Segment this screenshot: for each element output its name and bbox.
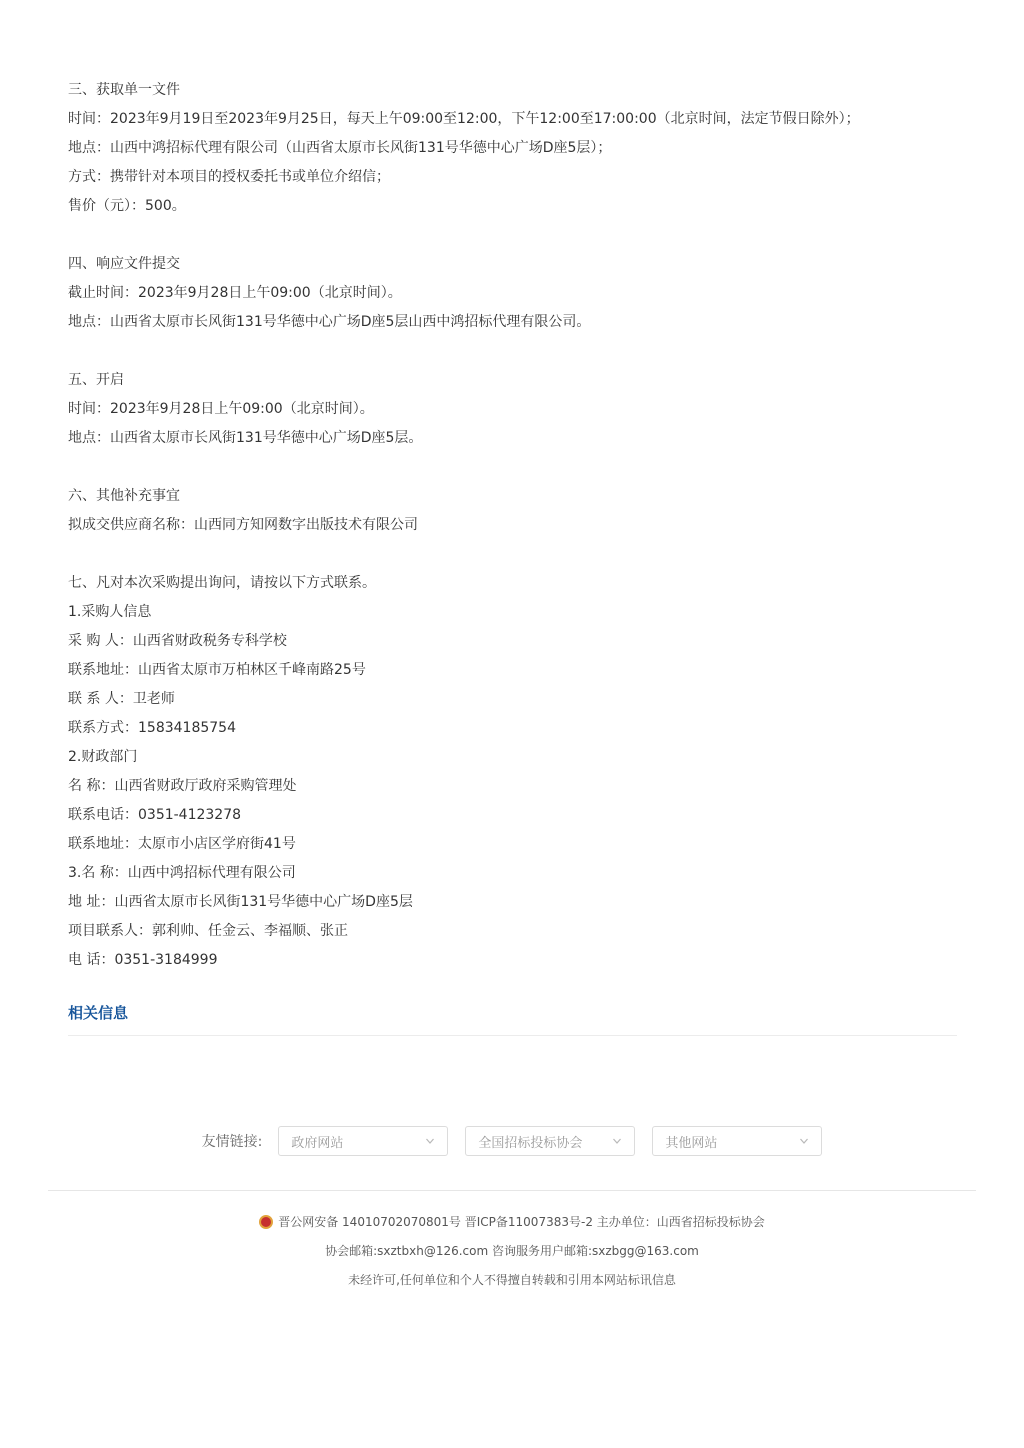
public-security-badge-icon bbox=[259, 1215, 273, 1229]
notice-line: 1.采购人信息 bbox=[68, 598, 957, 627]
footer-email-line: 协会邮箱:sxztbxh@126.com 咨询服务用户邮箱:sxzbgg@163… bbox=[48, 1237, 976, 1266]
content-divider bbox=[68, 1035, 957, 1036]
select-value: 政府网站 bbox=[291, 1132, 343, 1151]
chevron-down-icon bbox=[612, 1136, 622, 1146]
friend-links-label: 友情链接: bbox=[202, 1131, 263, 1151]
notice-line: 售价（元）：500。 bbox=[68, 192, 957, 221]
friend-links-select-association[interactable]: 全国招标投标协会 bbox=[465, 1126, 635, 1156]
chevron-down-icon bbox=[799, 1136, 809, 1146]
notice-line: 地点：山西省太原市长风街131号华德中心广场D座5层山西中鸿招标代理有限公司。 bbox=[68, 308, 957, 337]
friend-links-select-other[interactable]: 其他网站 bbox=[652, 1126, 822, 1156]
notice-line: 地点：山西中鸿招标代理有限公司（山西省太原市长风街131号华德中心广场D座5层）… bbox=[68, 134, 957, 163]
section-heading: 五、开启 bbox=[68, 366, 957, 395]
notice-line: 联系地址：山西省太原市万柏林区千峰南路25号 bbox=[68, 656, 957, 685]
footer-beian-text: 晋公网安备 14010702070801号 晋ICP备11007383号-2 主… bbox=[278, 1215, 765, 1229]
notice-line: 项目联系人：郭利帅、任金云、李福顺、张正 bbox=[68, 917, 957, 946]
section-heading: 四、响应文件提交 bbox=[68, 250, 957, 279]
chevron-down-icon bbox=[425, 1136, 435, 1146]
section-heading: 三、获取单一文件 bbox=[68, 76, 957, 105]
related-info-title: 相关信息 bbox=[68, 1002, 957, 1024]
related-info-section: 相关信息 bbox=[68, 1002, 957, 1036]
footer-copyright-line: 未经许可,任何单位和个人不得擅自转载和引用本网站标讯信息 bbox=[48, 1266, 976, 1295]
notice-section-contacts: 七、凡对本次采购提出询问，请按以下方式联系。 1.采购人信息 采 购 人：山西省… bbox=[68, 569, 957, 975]
notice-line: 联系电话：0351-4123278 bbox=[68, 801, 957, 830]
notice-line: 联系地址：太原市小店区学府街41号 bbox=[68, 830, 957, 859]
notice-body: 三、获取单一文件 时间：2023年9月19日至2023年9月25日，每天上午09… bbox=[0, 0, 957, 1036]
footer-beian-line: 晋公网安备 14010702070801号 晋ICP备11007383号-2 主… bbox=[48, 1208, 976, 1237]
notice-line: 采 购 人：山西省财政税务专科学校 bbox=[68, 627, 957, 656]
friend-links-bar: 友情链接: 政府网站 全国招标投标协会 其他网站 bbox=[0, 1126, 1024, 1156]
section-heading: 七、凡对本次采购提出询问，请按以下方式联系。 bbox=[68, 569, 957, 598]
notice-line: 电 话：0351-3184999 bbox=[68, 946, 957, 975]
notice-line: 方式：携带针对本项目的授权委托书或单位介绍信； bbox=[68, 163, 957, 192]
notice-section-obtain-document: 三、获取单一文件 时间：2023年9月19日至2023年9月25日，每天上午09… bbox=[68, 76, 957, 221]
notice-line: 联系方式：15834185754 bbox=[68, 714, 957, 743]
notice-line: 名 称：山西省财政厅政府采购管理处 bbox=[68, 772, 957, 801]
friend-links-select-government[interactable]: 政府网站 bbox=[278, 1126, 448, 1156]
notice-line: 地 址：山西省太原市长风街131号华德中心广场D座5层 bbox=[68, 888, 957, 917]
page-footer: 晋公网安备 14010702070801号 晋ICP备11007383号-2 主… bbox=[48, 1190, 976, 1305]
select-value: 全国招标投标协会 bbox=[478, 1132, 582, 1151]
notice-line: 2.财政部门 bbox=[68, 743, 957, 772]
notice-line: 截止时间：2023年9月28日上午09:00（北京时间）。 bbox=[68, 279, 957, 308]
select-value: 其他网站 bbox=[665, 1132, 717, 1151]
notice-line: 时间：2023年9月19日至2023年9月25日，每天上午09:00至12:00… bbox=[68, 105, 957, 134]
notice-line: 拟成交供应商名称：山西同方知网数字出版技术有限公司 bbox=[68, 511, 957, 540]
notice-line: 地点：山西省太原市长风街131号华德中心广场D座5层。 bbox=[68, 424, 957, 453]
notice-line: 时间：2023年9月28日上午09:00（北京时间）。 bbox=[68, 395, 957, 424]
notice-section-response-submission: 四、响应文件提交 截止时间：2023年9月28日上午09:00（北京时间）。 地… bbox=[68, 250, 957, 337]
notice-section-supplementary: 六、其他补充事宜 拟成交供应商名称：山西同方知网数字出版技术有限公司 bbox=[68, 482, 957, 540]
notice-line: 3.名 称：山西中鸿招标代理有限公司 bbox=[68, 859, 957, 888]
notice-section-opening: 五、开启 时间：2023年9月28日上午09:00（北京时间）。 地点：山西省太… bbox=[68, 366, 957, 453]
section-heading: 六、其他补充事宜 bbox=[68, 482, 957, 511]
notice-line: 联 系 人：卫老师 bbox=[68, 685, 957, 714]
